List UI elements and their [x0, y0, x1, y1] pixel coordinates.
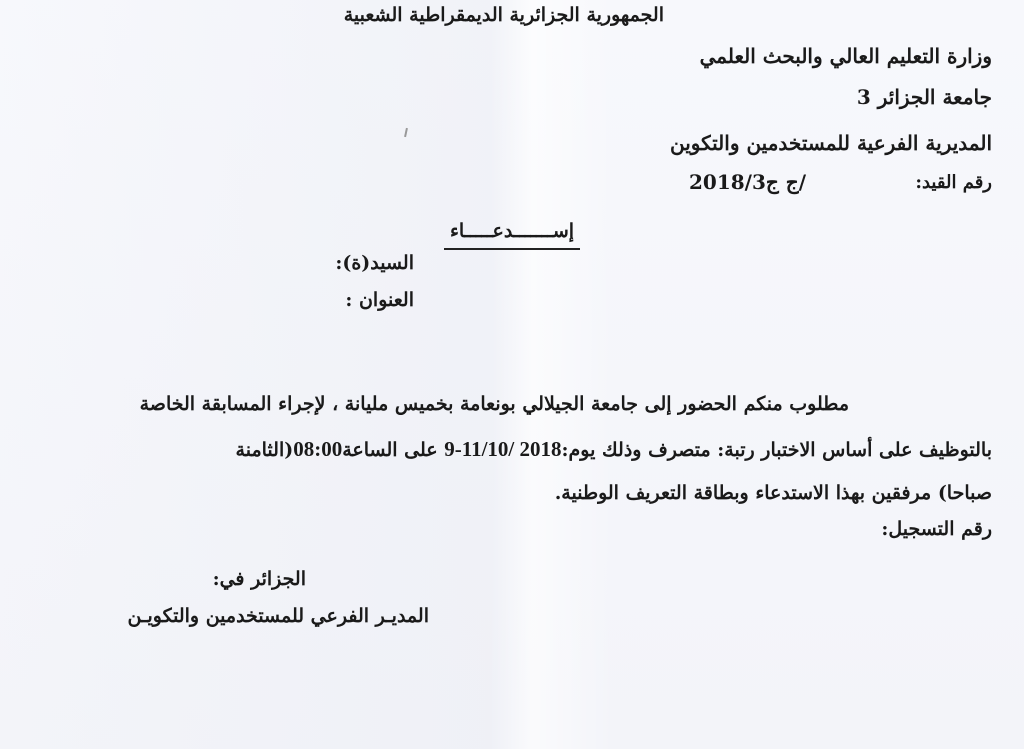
reference-label: رقم القيد:	[915, 172, 992, 193]
university-name: جامعة الجزائر 3	[857, 85, 992, 109]
republic-heading: الجمهورية الجزائرية الديمقراطية الشعبية	[344, 4, 664, 26]
body-line-2-mid: على الساعة	[342, 439, 444, 461]
body-line-3: صباحا) مرفقين بهذا الاستدعاء وبطاقة التع…	[555, 482, 992, 504]
reference-value: /ج ج2018/3	[689, 170, 806, 194]
exam-time: 08:00	[293, 437, 342, 461]
pen-mark	[404, 128, 408, 137]
directorate-name: المديرية الفرعية للمستخدمين والتكوين	[670, 131, 992, 155]
document-title-block: إســـــــدعـــــاء	[444, 220, 580, 250]
place-date-label: الجزائر في:	[213, 568, 306, 590]
reference-number: /ج ج2018/3	[689, 170, 806, 194]
body-line-2: بالتوظيف على أساس الاختبار رتبة: متصرف و…	[236, 437, 992, 462]
document-page: الجمهورية الجزائرية الديمقراطية الشعبية …	[0, 0, 1024, 749]
body-line-2-suffix: (الثامنة	[236, 439, 294, 461]
signer-title: المديـر الفرعي للمستخدمين والتكويـن	[127, 605, 429, 627]
recipient-name-label: السيد(ة):	[335, 252, 414, 274]
recipient-address-label: العنوان :	[345, 289, 414, 311]
body-line-2-prefix: بالتوظيف على أساس الاختبار رتبة: متصرف و…	[562, 439, 992, 461]
body-line-1: مطلوب منكم الحضور إلى جامعة الجيلالي بون…	[140, 393, 849, 415]
registration-number-label: رقم التسجيل:	[881, 518, 992, 540]
document-title: إســـــــدعـــــاء	[444, 220, 580, 242]
title-underline	[444, 248, 580, 250]
exam-date: 9-11/10/ 2018	[444, 437, 561, 461]
ministry-name: وزارة التعليم العالي والبحث العلمي	[700, 44, 992, 68]
